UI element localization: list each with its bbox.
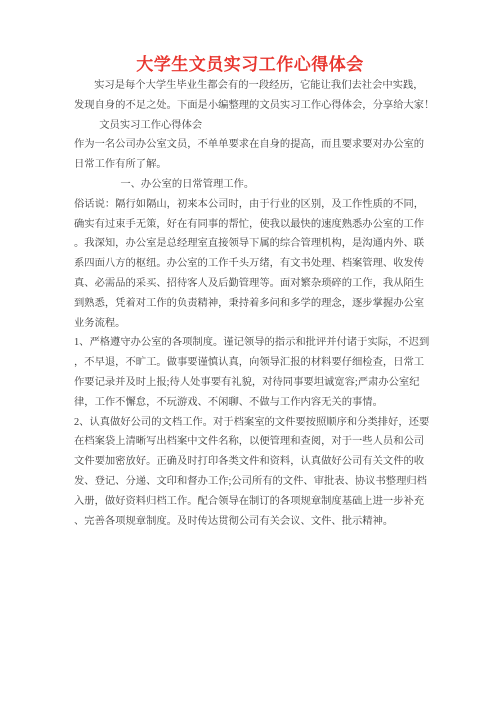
paragraph-about-role: 作为一名公司办公室文员，不单单要求在自身的提高，而且要求要对办公室的 日常工作有… (74, 135, 474, 175)
paragraph-rule-1: 1、严格遵守办公室的各项制度。谨记领导的指示和批评并付诸于实际，不迟到 ，不早退… (74, 333, 474, 412)
section-heading-one: 一、办公室的日常管理工作。 (74, 175, 474, 195)
document-title: 大学生文员实习工作心得体会 (0, 54, 500, 76)
paragraph-rule-2: 2、认真做好公司的文档工作。对于档案室的文件要按照顺序和分类排好，还要 在档案袋… (74, 413, 474, 532)
document-body: 实习是每个大学生毕业生都会有的一段经历，它能让我们去社会中实践， 发现自身的不足… (0, 76, 474, 531)
document-subtitle: 文员实习工作心得体会 (74, 116, 474, 136)
document-page: 大学生文员实习工作心得体会 实习是每个大学生毕业生都会有的一段经历，它能让我们去… (0, 0, 500, 708)
paragraph-daily-management: 俗话说：隔行如隔山，初来本公司时，由于行业的区别，及工作性质的不同， 确实有过束… (74, 195, 474, 334)
paragraph-intro: 实习是每个大学生毕业生都会有的一段经历，它能让我们去社会中实践， 发现自身的不足… (74, 76, 474, 116)
